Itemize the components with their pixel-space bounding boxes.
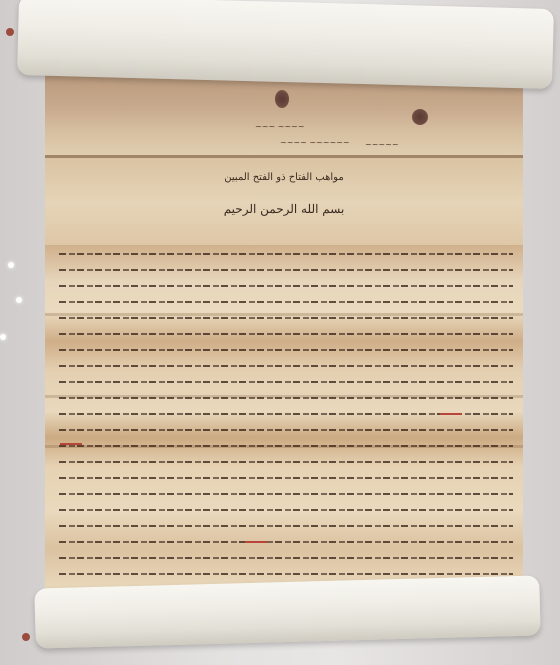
text-line (59, 365, 513, 367)
red-ink-mark (440, 413, 462, 415)
fold-line (45, 313, 523, 316)
text-line (59, 541, 513, 543)
red-ink-mark (245, 541, 267, 543)
text-line (59, 349, 513, 351)
manuscript-scroll: ~~~ ~~~~ ~~~~ ~~~~~~ ~~~~~ مواهب الفتاح … (45, 60, 523, 615)
top-roller (17, 0, 554, 89)
text-line (59, 493, 513, 495)
endorsement-note: ~~~~~ (365, 140, 399, 149)
fold-line (45, 395, 523, 398)
text-line (59, 525, 513, 527)
roller-knob (6, 28, 14, 36)
text-line (59, 557, 513, 559)
text-line (59, 461, 513, 463)
text-line (59, 285, 513, 287)
endorsement-note: ~~~~ ~~~~~~ (280, 138, 350, 147)
roller-knob (22, 633, 30, 641)
invocation-heading: مواهب الفتاح ذو الفتح المبين (45, 172, 523, 183)
seal-icon (275, 90, 289, 108)
fold-line (45, 445, 523, 448)
text-line (59, 477, 513, 479)
text-line (59, 509, 513, 511)
seal-icon (412, 109, 428, 125)
text-line (59, 381, 513, 383)
light-reflection (0, 334, 6, 340)
scroll-heading-section: مواهب الفتاح ذو الفتح المبين بسم الله ال… (45, 158, 523, 248)
text-line (59, 333, 513, 335)
text-line (59, 429, 513, 431)
scroll-body-text (45, 245, 523, 615)
endorsement-note: ~~~ ~~~~ (255, 122, 304, 131)
text-line (59, 573, 513, 575)
text-line (59, 269, 513, 271)
text-line (59, 253, 513, 255)
basmala-heading: بسم الله الرحمن الرحيم (45, 202, 523, 216)
text-line (59, 301, 513, 303)
light-reflection (8, 262, 14, 268)
light-reflection (16, 297, 22, 303)
text-line (59, 317, 513, 319)
